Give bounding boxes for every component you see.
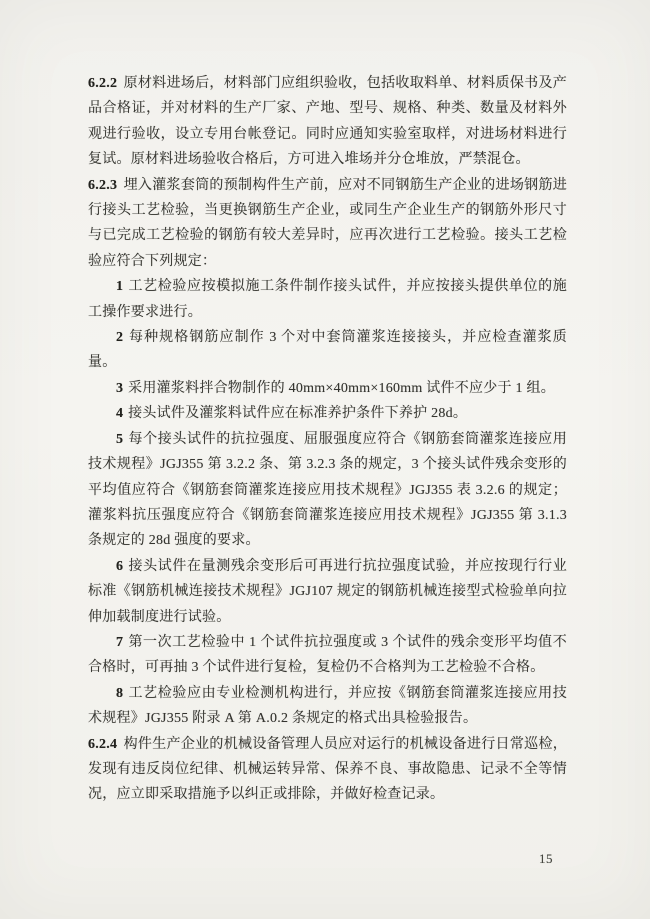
item-text: 接头试件在量测残余变形后可再进行抗拉强度试验，并应按现行行业标准《钢筋机械连接技… — [88, 559, 567, 625]
paragraph-item-1: 1工艺检验应按模拟施工条件制作接头试件，并应按接头提供单位的施工操作要求进行。 — [88, 274, 567, 325]
paragraph-item-5: 5每个接头试件的抗拉强度、屈服强度应符合《钢筋套筒灌浆连接应用技术规程》JGJ3… — [88, 427, 567, 554]
section-number: 6.2.2 — [88, 76, 117, 91]
paragraph-section-6-2-3: 6.2.3埋入灌浆套筒的预制构件生产前，应对不同钢筋生产企业的进场钢筋进行接头工… — [88, 173, 567, 275]
item-number: 8 — [116, 686, 123, 701]
section-text: 构件生产企业的机械设备管理人员应对运行的机械设备进行日常巡检，发现有违反岗位纪律… — [88, 737, 567, 803]
paragraph-item-4: 4接头试件及灌浆料试件应在标准养护条件下养护 28d。 — [88, 401, 567, 426]
item-text: 第一次工艺检验中 1 个试件抗拉强度或 3 个试件的残余变形平均值不合格时，可再… — [88, 635, 567, 675]
item-number: 3 — [116, 381, 123, 396]
item-number: 7 — [116, 635, 123, 650]
document-page: 6.2.2原材料进场后，材料部门应组织验收，包括收取料单、材料质保书及产品合格证… — [0, 0, 650, 919]
item-text: 采用灌浆料拌合物制作的 40mm×40mm×160mm 试件不应少于 1 组。 — [128, 381, 555, 396]
item-number: 4 — [116, 406, 123, 421]
section-text: 原材料进场后，材料部门应组织验收，包括收取料单、材料质保书及产品合格证，并对材料… — [88, 76, 567, 167]
item-number: 2 — [116, 330, 123, 345]
item-number: 5 — [116, 432, 123, 447]
page-number: 15 — [539, 851, 553, 867]
paragraph-item-7: 7第一次工艺检验中 1 个试件抗拉强度或 3 个试件的残余变形平均值不合格时，可… — [88, 630, 567, 681]
item-text: 工艺检验应按模拟施工条件制作接头试件，并应按接头提供单位的施工操作要求进行。 — [88, 279, 567, 319]
item-number: 6 — [116, 559, 123, 574]
section-number: 6.2.4 — [88, 737, 117, 752]
item-text: 每种规格钢筋应制作 3 个对中套筒灌浆连接接头，并应检查灌浆质量。 — [88, 330, 567, 370]
paragraph-item-6: 6接头试件在量测残余变形后可再进行抗拉强度试验，并应按现行行业标准《钢筋机械连接… — [88, 554, 567, 630]
section-number: 6.2.3 — [88, 178, 117, 193]
item-text: 工艺检验应由专业检测机构进行，并应按《钢筋套筒灌浆连接应用技术规程》JGJ355… — [88, 686, 567, 726]
paragraph-item-2: 2每种规格钢筋应制作 3 个对中套筒灌浆连接接头，并应检查灌浆质量。 — [88, 325, 567, 376]
paragraph-item-3: 3采用灌浆料拌合物制作的 40mm×40mm×160mm 试件不应少于 1 组。 — [88, 376, 567, 401]
paragraph-section-6-2-4: 6.2.4构件生产企业的机械设备管理人员应对运行的机械设备进行日常巡检，发现有违… — [88, 732, 567, 808]
item-text: 每个接头试件的抗拉强度、屈服强度应符合《钢筋套筒灌浆连接应用技术规程》JGJ35… — [88, 432, 567, 549]
paragraph-item-8: 8工艺检验应由专业检测机构进行，并应按《钢筋套筒灌浆连接应用技术规程》JGJ35… — [88, 681, 567, 732]
item-number: 1 — [116, 279, 123, 294]
item-text: 接头试件及灌浆料试件应在标准养护条件下养护 28d。 — [128, 406, 467, 421]
paragraph-section-6-2-2: 6.2.2原材料进场后，材料部门应组织验收，包括收取料单、材料质保书及产品合格证… — [88, 71, 567, 173]
section-text: 埋入灌浆套筒的预制构件生产前，应对不同钢筋生产企业的进场钢筋进行接头工艺检验，当… — [88, 178, 567, 269]
page-content: 6.2.2原材料进场后，材料部门应组织验收，包括收取料单、材料质保书及产品合格证… — [88, 71, 567, 808]
